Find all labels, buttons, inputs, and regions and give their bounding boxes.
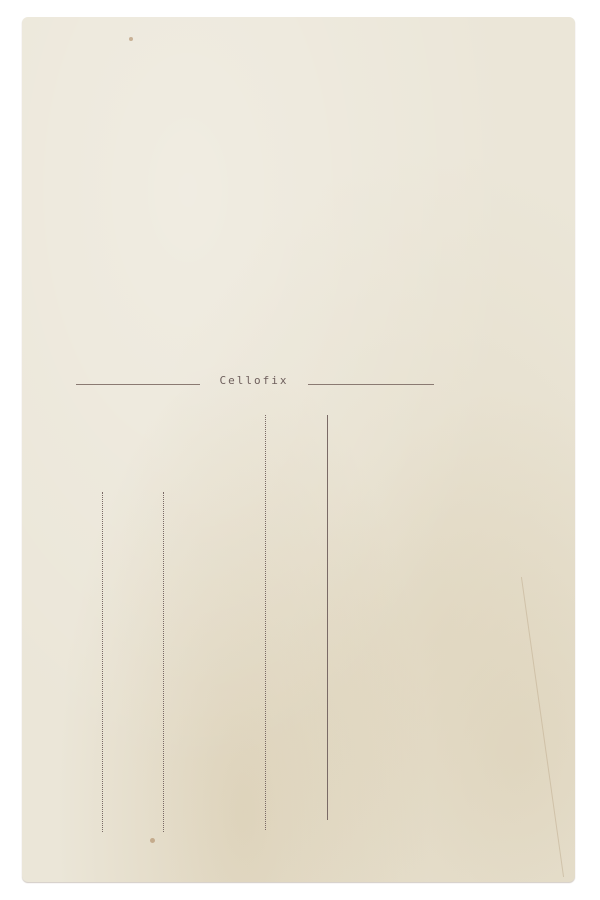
divider-line-right bbox=[308, 384, 434, 385]
postcard-back: Cellofix bbox=[22, 17, 575, 882]
paper-crease bbox=[521, 577, 594, 877]
vertical-dotted-line-3 bbox=[265, 415, 266, 830]
stain-spot bbox=[129, 37, 133, 41]
vertical-dotted-line-2 bbox=[163, 492, 164, 832]
stain-spot bbox=[150, 838, 155, 843]
brand-label: Cellofix bbox=[202, 374, 306, 387]
divider-line-left bbox=[76, 384, 200, 385]
vertical-line-4 bbox=[327, 415, 328, 820]
vertical-dotted-line-1 bbox=[102, 492, 103, 832]
